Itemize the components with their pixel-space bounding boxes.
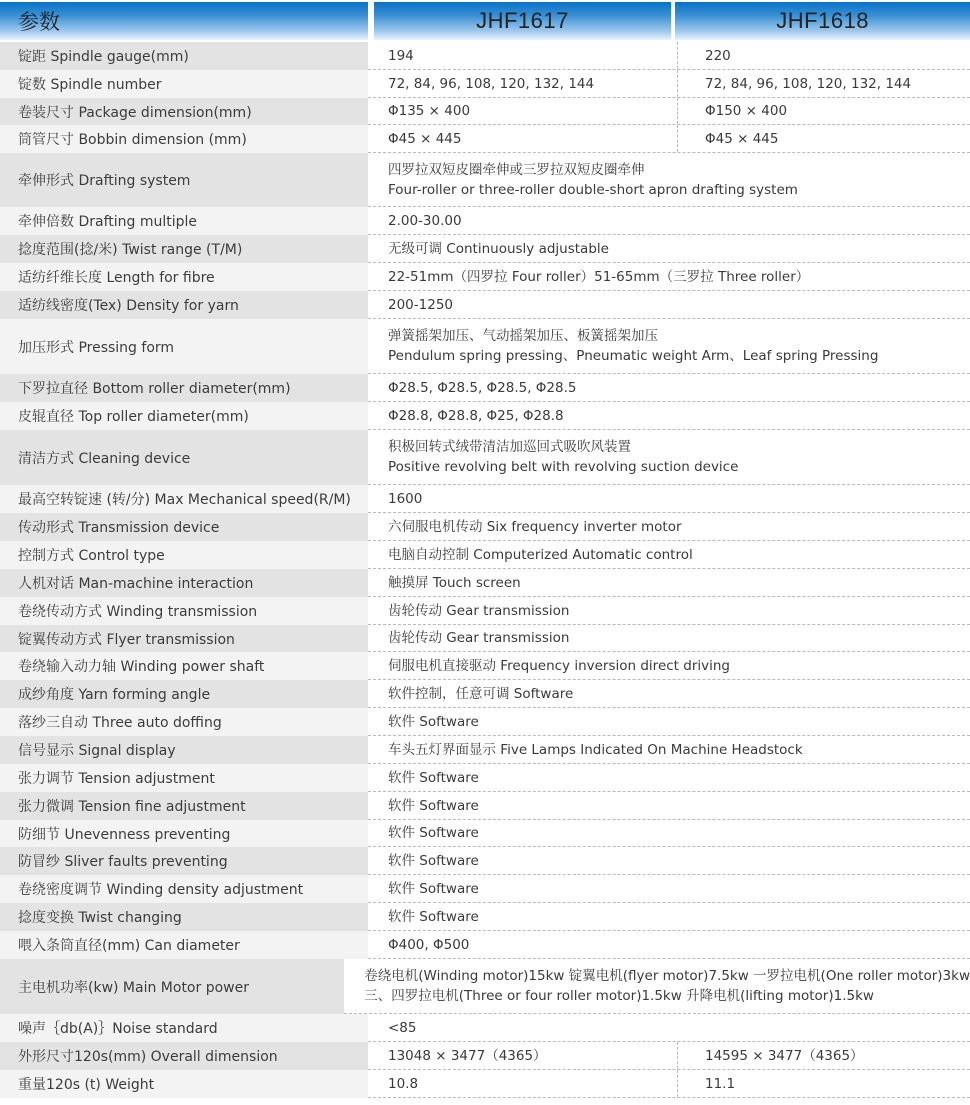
table-row: 锭距 Spindle gauge(mm) 194220 xyxy=(0,42,970,70)
row-label: 捻度变换 Twist changing xyxy=(0,903,368,931)
value-shared: 200-1250 xyxy=(368,291,970,318)
table-row: 主电机功率(kw) Main Motor power 卷绕电机(Winding … xyxy=(0,959,970,1014)
row-label: 卷绕密度调节 Winding density adjustment xyxy=(0,875,368,903)
row-label: 最高空转锭速 (转/分) Max Mechanical speed(R/M) xyxy=(0,485,368,513)
value-shared: 电脑自动控制 Computerized Automatic control xyxy=(368,541,970,568)
row-label: 锭翼传动方式 Flyer transmission xyxy=(0,625,368,652)
value-shared: 车头五灯界面显示 Five Lamps Indicated On Machine… xyxy=(368,736,970,763)
header-param: 参数 xyxy=(0,2,368,40)
value-shared: 软件 Software xyxy=(368,903,970,930)
table-row: 牵伸倍数 Drafting multiple 2.00-30.00 xyxy=(0,207,970,235)
table-row: 卷绕传动方式 Winding transmission 齿轮传动 Gear tr… xyxy=(0,597,970,625)
table-row: 信号显示 Signal display 车头五灯界面显示 Five Lamps … xyxy=(0,736,970,764)
table-row: 落纱三自动 Three auto doffing 软件 Software xyxy=(0,708,970,736)
value-shared: 软件 Software xyxy=(368,820,970,846)
value-jhf1617: 72, 84, 96, 108, 120, 132, 144 xyxy=(368,70,678,97)
value-jhf1617: 10.8 xyxy=(368,1070,678,1097)
value-line-cn: 弹簧摇架加压、气动摇架加压、板簧摇架加压 xyxy=(388,326,970,346)
value-shared: 软件 Software xyxy=(368,847,970,874)
value-line-en: Positive revolving belt with revolving s… xyxy=(388,457,970,477)
value-jhf1617: Φ45 × 445 xyxy=(368,125,678,152)
row-label: 卷绕传动方式 Winding transmission xyxy=(0,597,368,625)
row-label: 主电机功率(kw) Main Motor power xyxy=(0,959,344,1014)
value-shared: 软件 Software xyxy=(368,708,970,735)
row-label: 传动形式 Transmission device xyxy=(0,513,368,541)
row-label: 牵伸形式 Drafting system xyxy=(0,153,368,207)
table-row: 重量120s (t) Weight 10.811.1 xyxy=(0,1070,970,1098)
value-shared: 六伺服电机传动 Six frequency inverter motor xyxy=(368,513,970,540)
table-row: 人机对话 Man-machine interaction 触摸屏 Touch s… xyxy=(0,569,970,597)
table-row: 卷绕密度调节 Winding density adjustment 软件 Sof… xyxy=(0,875,970,903)
value-shared: 卷绕电机(Winding motor)15kw 锭翼电机(flyer motor… xyxy=(344,959,970,1013)
header-model-jhf1618: JHF1618 xyxy=(675,2,970,40)
table-row: 牵伸形式 Drafting system 四罗拉双短皮圈牵伸或三罗拉双短皮圈牵伸… xyxy=(0,153,970,207)
row-label: 适纺纤维长度 Length for fibre xyxy=(0,263,368,291)
row-label: 捻度范围(捻/米) Twist range (T/M) xyxy=(0,235,368,263)
value-shared: <85 xyxy=(368,1014,970,1041)
value-shared: 软件 Software xyxy=(368,875,970,902)
row-label: 卷装尺寸 Package dimension(mm) xyxy=(0,98,368,125)
value-shared: 弹簧摇架加压、气动摇架加压、板簧摇架加压Pendulum spring pres… xyxy=(368,319,970,373)
row-label: 卷绕输入动力轴 Winding power shaft xyxy=(0,652,368,680)
table-row: 适纺线密度(Tex) Density for yarn 200-1250 xyxy=(0,291,970,319)
table-row: 张力调节 Tension adjustment 软件 Software xyxy=(0,764,970,792)
table-row: 喂入条筒直径(mm) Can diameter Φ400, Φ500 xyxy=(0,931,970,959)
row-label: 人机对话 Man-machine interaction xyxy=(0,569,368,597)
table-row: 皮辊直径 Top roller diameter(mm) Φ28.8, Φ28.… xyxy=(0,402,970,430)
value-shared: 1600 xyxy=(368,485,970,512)
value-shared: 伺服电机直接驱动 Frequency inversion direct driv… xyxy=(368,652,970,679)
value-jhf1618: Φ45 × 445 xyxy=(678,125,970,152)
table-row: 最高空转锭速 (转/分) Max Mechanical speed(R/M) 1… xyxy=(0,485,970,513)
value-line-en: Four-roller or three-roller double-short… xyxy=(388,180,970,200)
table-row: 锭数 Spindle number 72, 84, 96, 108, 120, … xyxy=(0,70,970,98)
row-label: 外形尺寸120s(mm) Overall dimension xyxy=(0,1042,368,1070)
table-row: 筒管尺寸 Bobbin dimension (mm) Φ45 × 445Φ45 … xyxy=(0,125,970,153)
row-label: 防冒纱 Sliver faults preventing xyxy=(0,847,368,875)
row-label: 重量120s (t) Weight xyxy=(0,1070,368,1098)
table-row: 清洁方式 Cleaning device 积极回转式绒带清洁加巡回式吸吹风装置P… xyxy=(0,430,970,485)
value-jhf1618: 220 xyxy=(678,42,970,69)
value-jhf1618: Φ150 × 400 xyxy=(678,98,970,124)
table-row: 加压形式 Pressing form 弹簧摇架加压、气动摇架加压、板簧摇架加压P… xyxy=(0,319,970,374)
table-row: 防冒纱 Sliver faults preventing 软件 Software xyxy=(0,847,970,875)
row-label: 张力微调 Tension fine adjustment xyxy=(0,792,368,820)
row-label: 加压形式 Pressing form xyxy=(0,319,368,374)
value-shared: 软件 Software xyxy=(368,764,970,791)
table-row: 传动形式 Transmission device 六伺服电机传动 Six fre… xyxy=(0,513,970,541)
value-jhf1617: 13048 × 3477（4365） xyxy=(368,1042,678,1069)
value-shared: 齿轮传动 Gear transmission xyxy=(368,597,970,624)
value-jhf1617: 194 xyxy=(368,42,678,69)
table-row: 控制方式 Control type 电脑自动控制 Computerized Au… xyxy=(0,541,970,569)
value-shared: 齿轮传动 Gear transmission xyxy=(368,625,970,651)
row-label: 噪声｛db(A)｝Noise standard xyxy=(0,1014,368,1042)
value-jhf1618: 11.1 xyxy=(678,1070,970,1097)
row-label: 牵伸倍数 Drafting multiple xyxy=(0,207,368,235)
row-label: 下罗拉直径 Bottom roller diameter(mm) xyxy=(0,374,368,402)
table-row: 噪声｛db(A)｝Noise standard <85 xyxy=(0,1014,970,1042)
value-shared: 积极回转式绒带清洁加巡回式吸吹风装置Positive revolving bel… xyxy=(368,430,970,484)
row-label: 锭距 Spindle gauge(mm) xyxy=(0,42,368,70)
value-shared: 四罗拉双短皮圈牵伸或三罗拉双短皮圈牵伸Four-roller or three-… xyxy=(368,153,970,206)
spec-table: 参数 JHF1617 JHF1618 锭距 Spindle gauge(mm) … xyxy=(0,2,970,1098)
row-label: 清洁方式 Cleaning device xyxy=(0,430,368,485)
table-row: 张力微调 Tension fine adjustment 软件 Software xyxy=(0,792,970,820)
value-line-2: 三、四罗拉电机(Three or four roller motor)1.5kw… xyxy=(364,986,970,1006)
value-line-1: 卷绕电机(Winding motor)15kw 锭翼电机(flyer motor… xyxy=(364,966,970,986)
row-label: 皮辊直径 Top roller diameter(mm) xyxy=(0,402,368,430)
table-row: 成纱角度 Yarn forming angle 软件控制，任意可调 Softwa… xyxy=(0,680,970,708)
value-shared: 软件控制，任意可调 Software xyxy=(368,680,970,707)
row-label: 控制方式 Control type xyxy=(0,541,368,569)
value-jhf1618: 14595 × 3477（4365） xyxy=(678,1042,970,1069)
table-row: 卷绕输入动力轴 Winding power shaft 伺服电机直接驱动 Fre… xyxy=(0,652,970,680)
table-row: 防细节 Unevenness preventing 软件 Software xyxy=(0,820,970,847)
row-label: 落纱三自动 Three auto doffing xyxy=(0,708,368,736)
table-row: 捻度变换 Twist changing 软件 Software xyxy=(0,903,970,931)
value-shared: Φ28.8, Φ28.8, Φ25, Φ28.8 xyxy=(368,402,970,429)
table-row: 适纺纤维长度 Length for fibre 22-51mm（四罗拉 Four… xyxy=(0,263,970,291)
table-row: 下罗拉直径 Bottom roller diameter(mm) Φ28.5, … xyxy=(0,374,970,402)
row-label: 锭数 Spindle number xyxy=(0,70,368,98)
value-line-cn: 四罗拉双短皮圈牵伸或三罗拉双短皮圈牵伸 xyxy=(388,160,970,180)
table-row: 外形尺寸120s(mm) Overall dimension 13048 × 3… xyxy=(0,1042,970,1070)
header-model-jhf1617: JHF1617 xyxy=(374,2,672,40)
value-shared: Φ400, Φ500 xyxy=(368,931,970,958)
value-shared: 触摸屏 Touch screen xyxy=(368,569,970,596)
table-row: 卷装尺寸 Package dimension(mm) Φ135 × 400Φ15… xyxy=(0,98,970,125)
value-shared: 软件 Software xyxy=(368,792,970,819)
row-label: 适纺线密度(Tex) Density for yarn xyxy=(0,291,368,319)
value-jhf1618: 72, 84, 96, 108, 120, 132, 144 xyxy=(678,70,970,97)
value-line-en: Pendulum spring pressing、Pneumatic weigh… xyxy=(388,346,970,366)
value-shared: 2.00-30.00 xyxy=(368,207,970,234)
row-label: 筒管尺寸 Bobbin dimension (mm) xyxy=(0,125,368,153)
row-label: 防细节 Unevenness preventing xyxy=(0,820,368,847)
row-label: 张力调节 Tension adjustment xyxy=(0,764,368,792)
value-line-cn: 积极回转式绒带清洁加巡回式吸吹风装置 xyxy=(388,437,970,457)
row-label: 喂入条筒直径(mm) Can diameter xyxy=(0,931,368,959)
value-shared: Φ28.5, Φ28.5, Φ28.5, Φ28.5 xyxy=(368,374,970,401)
value-shared: 22-51mm（四罗拉 Four roller）51-65mm（三罗拉 Thre… xyxy=(368,263,970,290)
value-shared: 无级可调 Continuously adjustable xyxy=(368,235,970,262)
value-jhf1617: Φ135 × 400 xyxy=(368,98,678,124)
table-header: 参数 JHF1617 JHF1618 xyxy=(0,2,970,40)
table-row: 捻度范围(捻/米) Twist range (T/M) 无级可调 Continu… xyxy=(0,235,970,263)
row-label: 信号显示 Signal display xyxy=(0,736,368,764)
table-row: 锭翼传动方式 Flyer transmission 齿轮传动 Gear tran… xyxy=(0,625,970,652)
row-label: 成纱角度 Yarn forming angle xyxy=(0,680,368,708)
